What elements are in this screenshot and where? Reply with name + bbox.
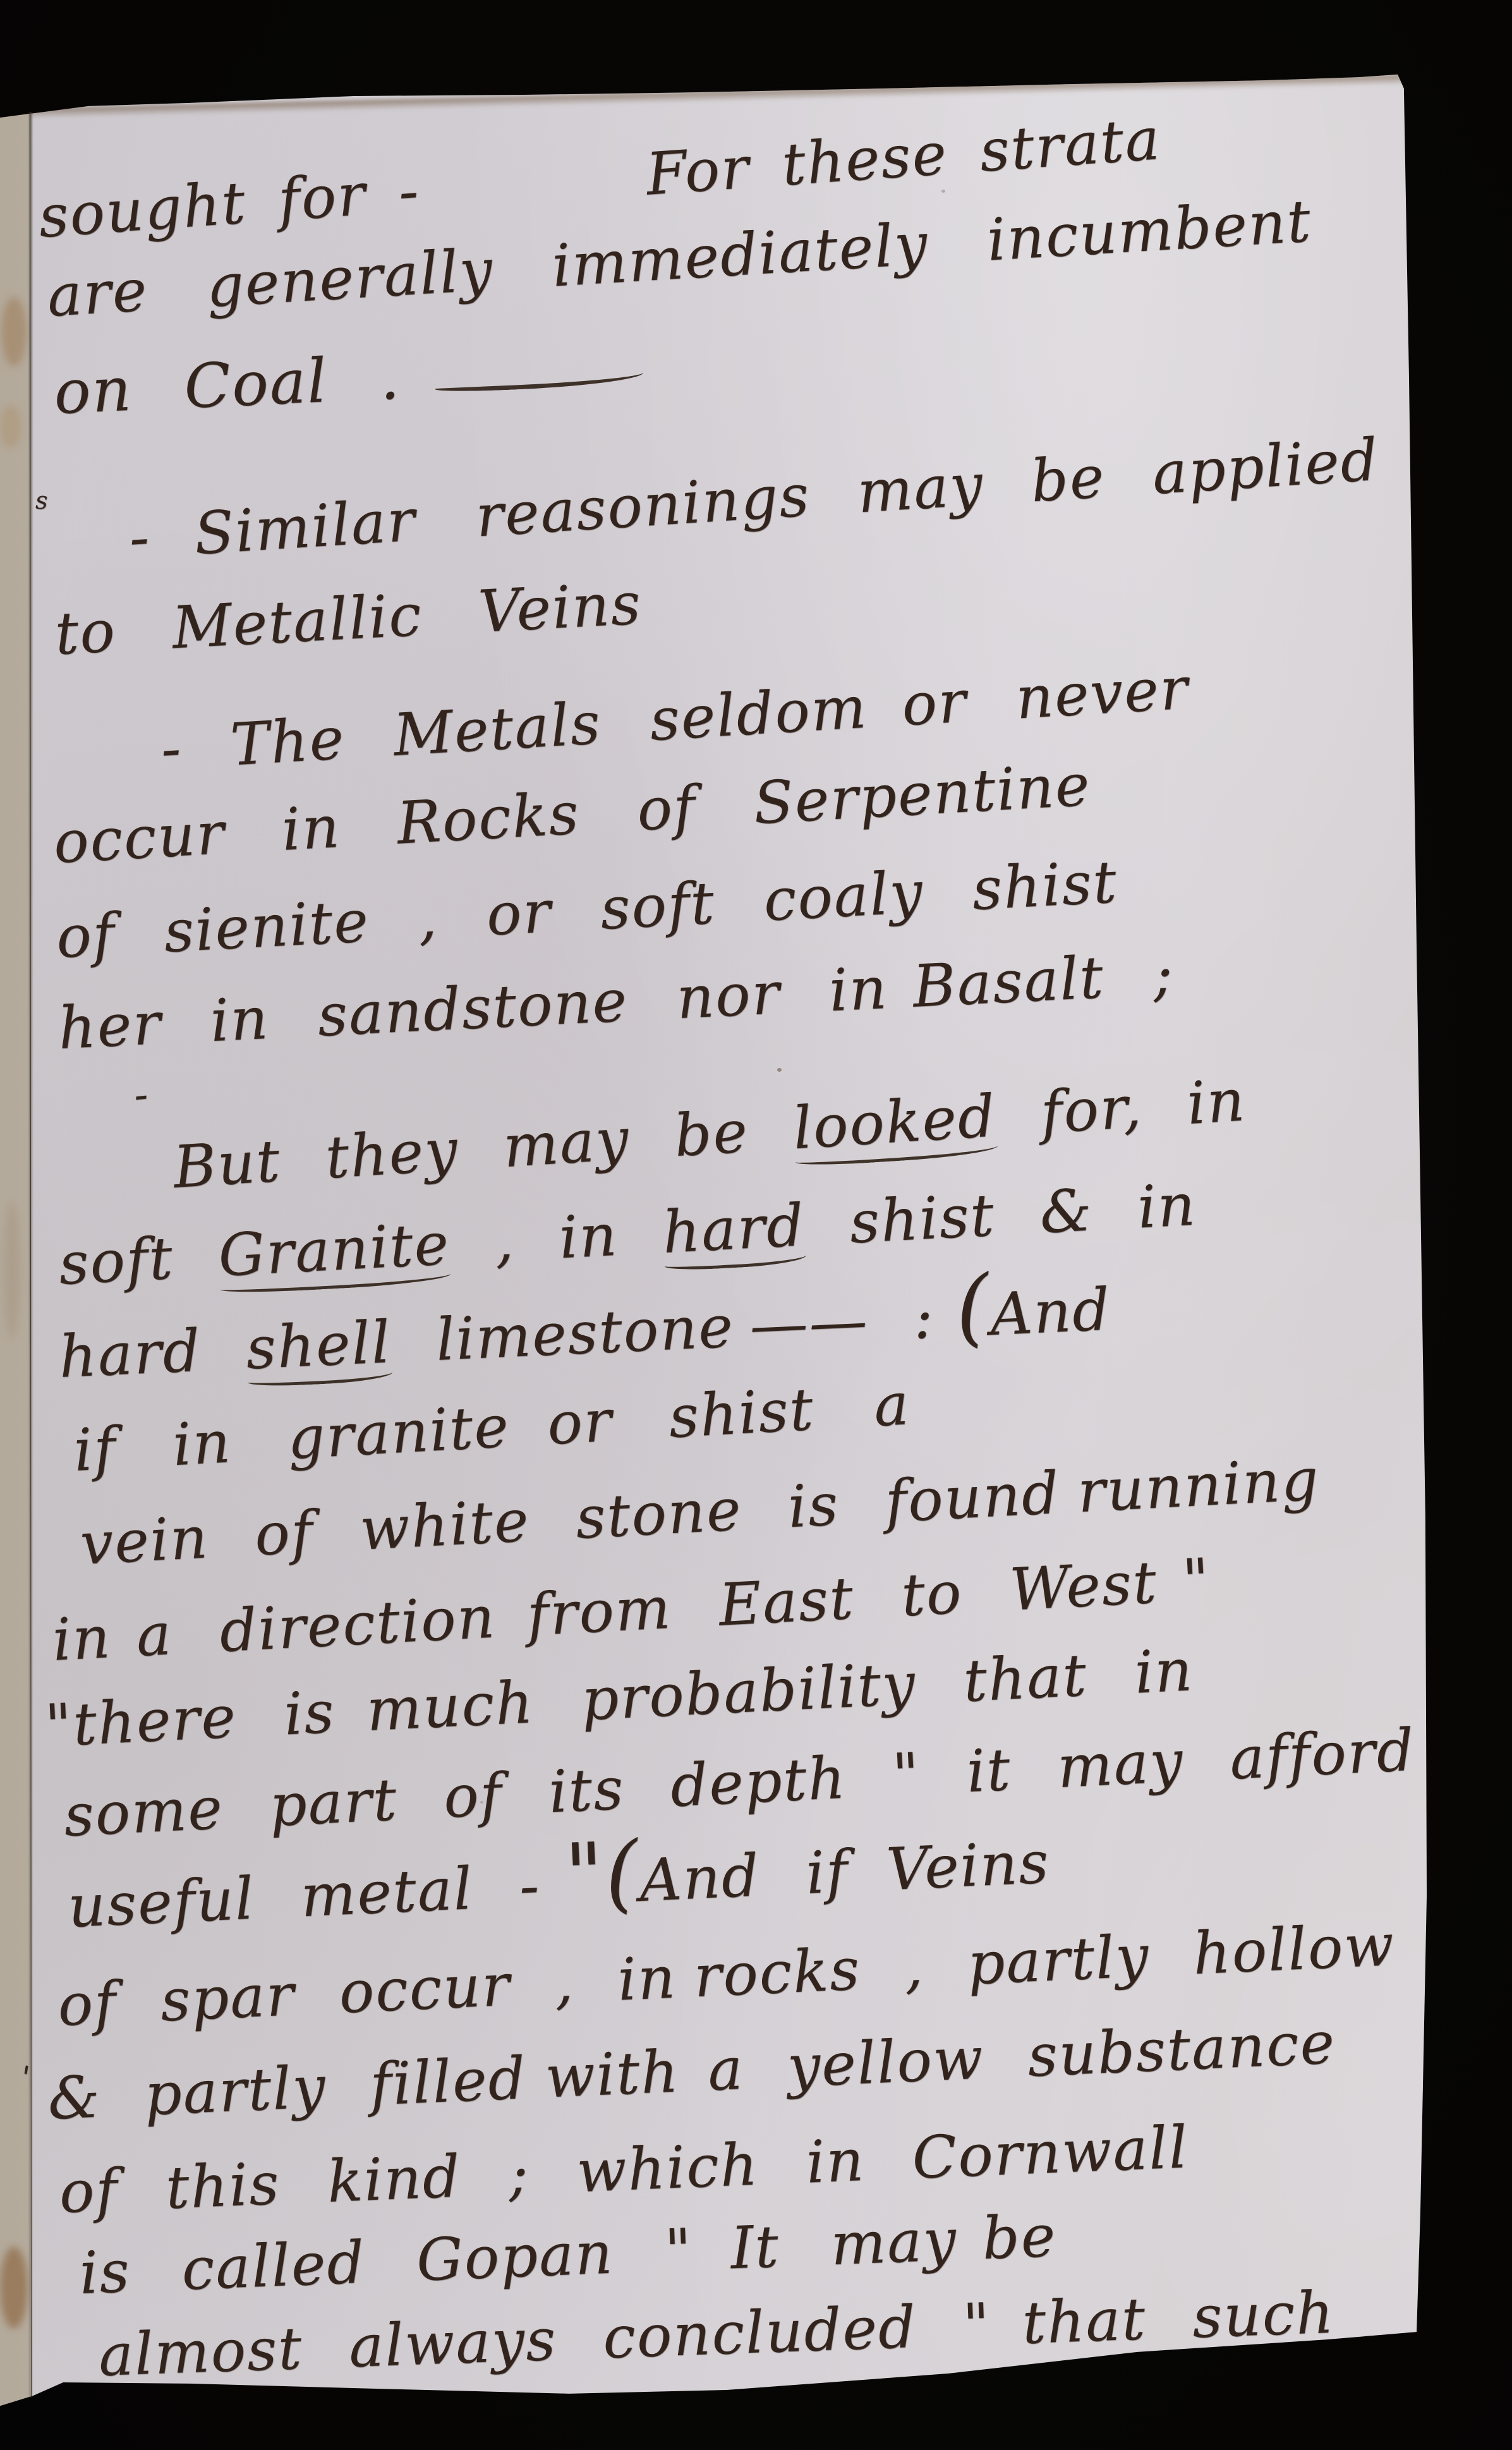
manuscript-text: in (280, 793, 342, 864)
manuscript-text: that such (1021, 2279, 1336, 2357)
manuscript-text: is called Gopan " (78, 2216, 694, 2307)
manuscript-text: almost always concluded " (97, 2291, 992, 2389)
manuscript-text: a yellow substance (706, 2009, 1337, 2104)
manuscript-text: - (127, 503, 152, 572)
flourish-dash (435, 358, 644, 393)
manuscript-text: a (872, 1370, 912, 1440)
manuscript-text: a direction (135, 1583, 497, 1670)
manuscript-text: useful metal - (66, 1852, 541, 1941)
manuscript-text: It may (729, 2206, 958, 2283)
handwriting-layer: sought for -For these strataare generall… (0, 0, 1512, 2450)
word-gap (541, 1904, 566, 1905)
manuscript-text: "( (563, 1823, 641, 1924)
manuscript-line: on Coal . (52, 331, 644, 428)
manuscript-line: hard shell limestone—— :(And (57, 1276, 1112, 1391)
word-gap (497, 1635, 528, 1637)
manuscript-text: with (544, 2037, 681, 2111)
manuscript-text: Granite (217, 1210, 452, 1295)
manuscript-text: hard (661, 1191, 807, 1271)
word-gap (677, 1996, 695, 1997)
manuscript-text: And (989, 1276, 1112, 1349)
word-gap (958, 2259, 983, 2260)
manuscript-line: useful metal -"(And ifVeins (66, 1829, 1051, 1941)
word-gap (680, 2090, 709, 2091)
manuscript-text: reasonings may be applied (474, 426, 1381, 550)
manuscript-text: For these strata (644, 105, 1163, 209)
manuscript-text: of spar (56, 1961, 296, 2039)
manuscript-text: s (35, 487, 49, 514)
manuscript-text: ' (18, 2059, 33, 2096)
word-gap (868, 725, 903, 727)
word-gap (296, 2013, 340, 2015)
word-gap (112, 1656, 137, 1657)
word-gap (935, 1337, 957, 1338)
word-gap (152, 554, 196, 557)
word-gap (226, 850, 283, 853)
manuscript-text: And if (638, 1838, 850, 1915)
manuscript-text: sought for - (37, 157, 422, 251)
manuscript-text: for, in (994, 1066, 1248, 1149)
word-gap (1158, 1601, 1183, 1602)
manuscript-text: shist & in (803, 1171, 1198, 1259)
manuscript-line: if in graniteor shista (72, 1370, 912, 1484)
manuscript-text: "there is (44, 1678, 337, 1760)
manuscript-text: Veins (885, 1829, 1051, 1904)
manuscript-text: her in sandstone nor in (57, 954, 890, 1062)
manuscript-text: —— : (748, 1283, 936, 1359)
manuscript-line: ' (18, 2059, 33, 2096)
manuscript-text: if in granite (72, 1393, 511, 1484)
manuscript-line: -Similarreasonings may be applied (127, 426, 1381, 572)
manuscript-text: or never (900, 655, 1190, 739)
manuscript-text: occur (52, 799, 227, 876)
word-gap (991, 2343, 1023, 2344)
manuscript-text: shell (245, 1308, 393, 1387)
manuscript-line: s (35, 487, 49, 514)
manuscript-text: & partly filled (46, 2044, 528, 2133)
word-gap (511, 1444, 548, 1446)
manuscript-text: - (131, 1071, 151, 1119)
word-gap (1061, 1512, 1079, 1512)
manuscript-text: hard (57, 1315, 248, 1391)
manuscript-text: rocks , partly hollow (692, 1911, 1396, 2010)
manuscript-text: limestone (390, 1293, 735, 1376)
manuscript-text: Rocks of Serpentine (396, 751, 1092, 857)
word-gap (401, 397, 436, 398)
word-gap (527, 2097, 546, 2098)
photograph-background: sought for -For these strataare generall… (0, 0, 1512, 2450)
manuscript-text: - The Metals seldom (159, 674, 869, 783)
manuscript-text: But they may be (171, 1095, 795, 1201)
word-gap (850, 1889, 888, 1891)
manuscript-text: Basalt ; (911, 940, 1175, 1021)
manuscript-text: much probability that in (365, 1636, 1195, 1744)
manuscript-text: on Coal . (52, 342, 402, 428)
manuscript-text: in (51, 1603, 112, 1674)
word-gap (888, 1007, 914, 1008)
word-gap (735, 1345, 751, 1346)
manuscript-text: ( (953, 1257, 992, 1356)
manuscript-text: vein of white stone is found (78, 1459, 1061, 1578)
manuscript-line: - (131, 1071, 151, 1119)
word-gap (341, 844, 398, 847)
word-gap (336, 1730, 368, 1731)
manuscript-text: from East to West (525, 1549, 1159, 1649)
word-gap (421, 195, 648, 210)
manuscript-text: running (1076, 1445, 1321, 1525)
word-gap (417, 537, 477, 540)
manuscript-text: Similar (192, 487, 418, 568)
manuscript-text: , in (448, 1199, 665, 1278)
manuscript-text: to Metallic Veins (53, 570, 643, 668)
manuscript-text: " (1181, 1546, 1213, 1615)
manuscript-line: to Metallic Veins (53, 570, 643, 668)
manuscript-text: occur , in (337, 1944, 677, 2027)
manuscript-text: or shist (545, 1376, 816, 1458)
manuscript-text: looked (791, 1082, 998, 1167)
manuscript-text: be (981, 2202, 1058, 2272)
word-gap (815, 1426, 875, 1429)
manuscript-text: soft (57, 1222, 220, 1298)
word-gap (694, 2268, 732, 2269)
